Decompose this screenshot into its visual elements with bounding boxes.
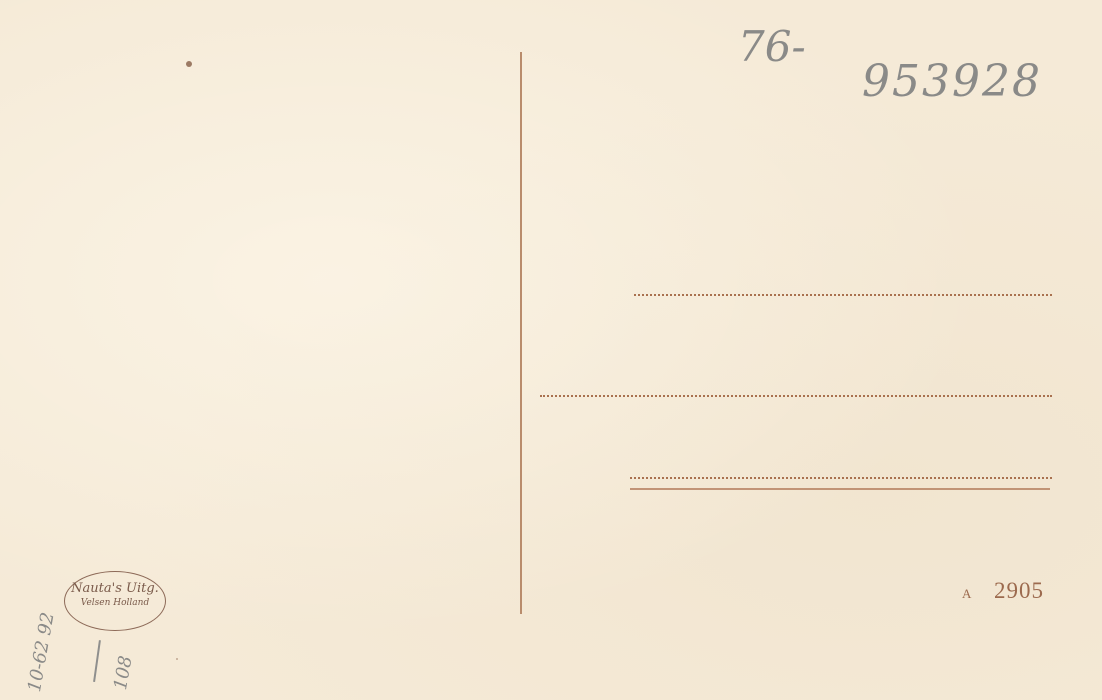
publisher-name: Nauta's Uitg.: [65, 581, 165, 596]
handwritten-price: 76-: [738, 22, 806, 71]
handwritten-fraction-right: 108: [110, 654, 137, 691]
address-line-3: [630, 477, 1052, 479]
print-series-letter: A: [962, 586, 971, 602]
paper-speck: [176, 658, 178, 660]
publisher-stamp: Nauta's Uitg. Velsen Holland: [64, 571, 166, 631]
center-divider-line: [520, 52, 522, 614]
paper-speck: [186, 61, 192, 67]
handwritten-inventory-number: 953928: [862, 56, 1042, 107]
address-line-1: [634, 294, 1052, 296]
fraction-bar: [93, 640, 100, 682]
postcard-back: 76- 953928 A 2905 Nauta's Uitg. Velsen H…: [0, 0, 1102, 700]
handwritten-fraction-left: 10-62 92: [24, 611, 59, 694]
print-number: 2905: [994, 578, 1044, 604]
address-line-2: [540, 395, 1052, 397]
publisher-location: Velsen Holland: [65, 598, 165, 608]
address-line-4: [630, 488, 1050, 490]
